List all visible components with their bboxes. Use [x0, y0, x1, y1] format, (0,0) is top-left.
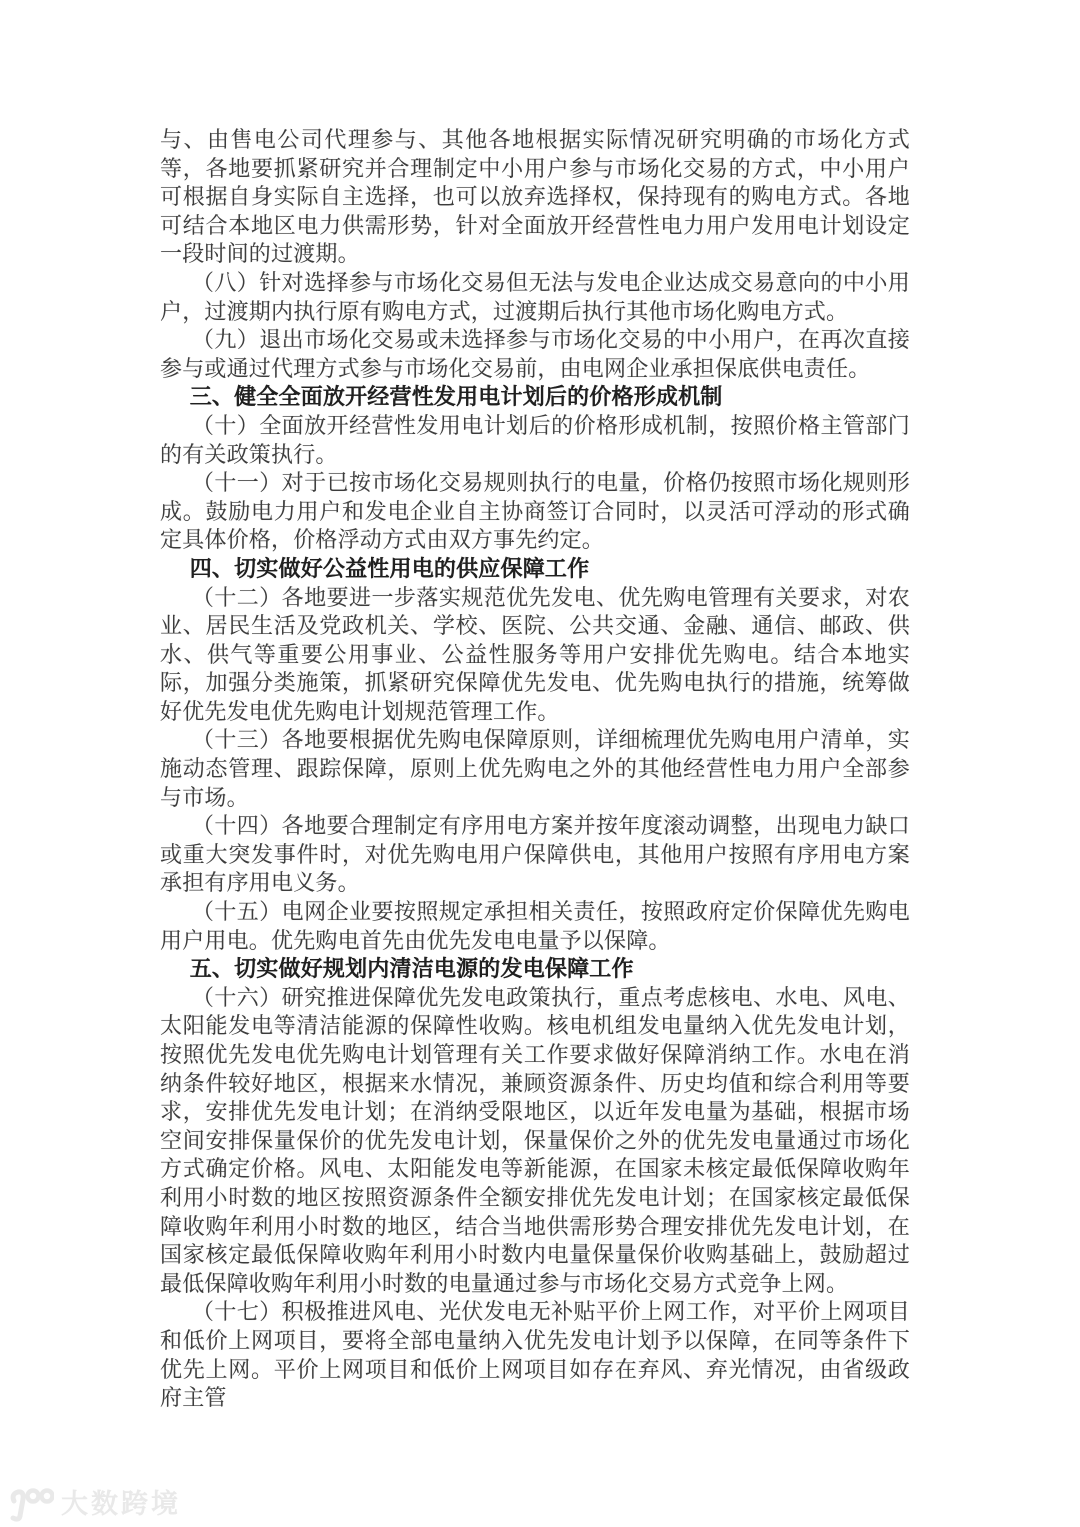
- paragraph: （十四）各地要合理制定有序用电方案并按年度滚动调整，出现电力缺口或重大突发事件时…: [160, 812, 910, 898]
- document-body: 与、由售电公司代理参与、其他各地根据实际情况研究明确的市场化方式等，各地要抓紧研…: [160, 126, 910, 1413]
- paragraph: （十六）研究推进保障优先发电政策执行，重点考虑核电、水电、风电、太阳能发电等清洁…: [160, 984, 910, 1299]
- paragraph: （十）全面放开经营性发用电计划后的价格形成机制，按照价格主管部门的有关政策执行。: [160, 412, 910, 469]
- scanned-document-page: 与、由售电公司代理参与、其他各地根据实际情况研究明确的市场化方式等，各地要抓紧研…: [0, 0, 1080, 1527]
- watermark-100-logo-icon: [8, 1485, 54, 1523]
- section-heading: 五、切实做好规划内清洁电源的发电保障工作: [160, 955, 910, 984]
- watermark-text: 大数跨境: [61, 1491, 181, 1518]
- paragraph: 与、由售电公司代理参与、其他各地根据实际情况研究明确的市场化方式等，各地要抓紧研…: [160, 126, 910, 269]
- paragraph: （十一）对于已按市场化交易规则执行的电量，价格仍按照市场化规则形成。鼓励电力用户…: [160, 469, 910, 555]
- paragraph: （十二）各地要进一步落实规范优先发电、优先购电管理有关要求，对农业、居民生活及党…: [160, 584, 910, 727]
- section-heading: 四、切实做好公益性用电的供应保障工作: [160, 555, 910, 584]
- section-heading: 三、健全全面放开经营性发用电计划后的价格形成机制: [160, 383, 910, 412]
- paragraph: （十三）各地要根据优先购电保障原则，详细梳理优先购电用户清单，实施动态管理、跟踪…: [160, 726, 910, 812]
- watermark: 大数跨境: [8, 1484, 181, 1524]
- paragraph: （八）针对选择参与市场化交易但无法与发电企业达成交易意向的中小用户，过渡期内执行…: [160, 269, 910, 326]
- paragraph: （十五）电网企业要按照规定承担相关责任，按照政府定价保障优先购电用户用电。优先购…: [160, 898, 910, 955]
- paragraph: （十七）积极推进风电、光伏发电无补贴平价上网工作，对平价上网项目和低价上网项目，…: [160, 1298, 910, 1412]
- paragraph: （九）退出市场化交易或未选择参与市场化交易的中小用户，在再次直接参与或通过代理方…: [160, 326, 910, 383]
